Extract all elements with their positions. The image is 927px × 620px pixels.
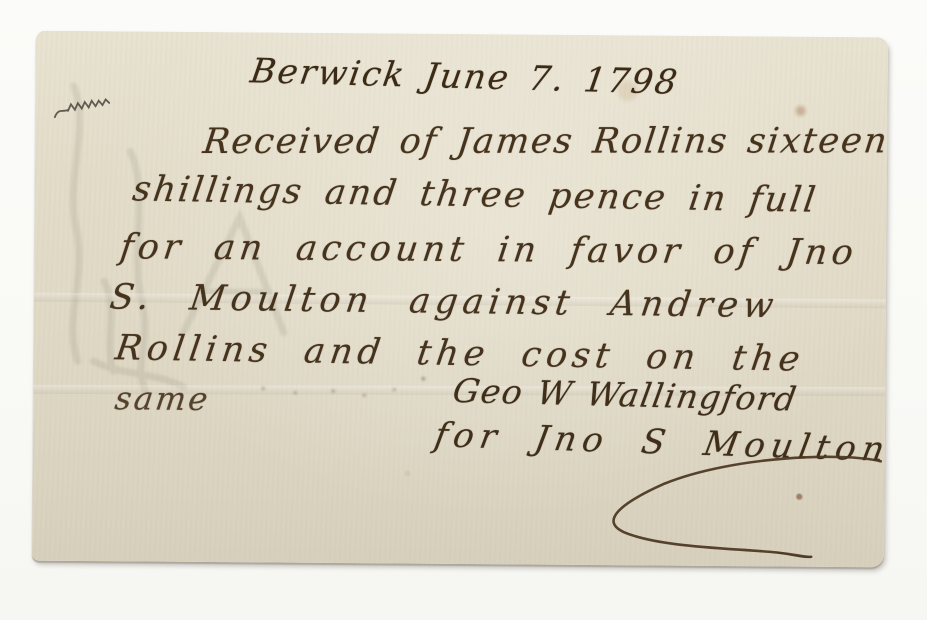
handwriting-line: same: [113, 382, 212, 415]
document-heading: Berwick June 7. 1798: [248, 54, 681, 99]
handwriting-line: for an account in favor of Jno: [118, 230, 860, 271]
paper: Berwick June 7. 1798 Received of James R…: [32, 31, 888, 568]
handwriting-line: Received of James Rollins sixteen: [201, 124, 890, 160]
handwriting-line: shillings and three pence in full: [130, 172, 819, 218]
signature-name: Geo W Wallingford: [451, 374, 800, 416]
signature-on-behalf: for Jno S Moulton: [432, 418, 893, 467]
scan-background: Berwick June 7. 1798 Received of James R…: [0, 0, 927, 620]
handwriting-line: S. Moulton against Andrew: [108, 281, 781, 325]
